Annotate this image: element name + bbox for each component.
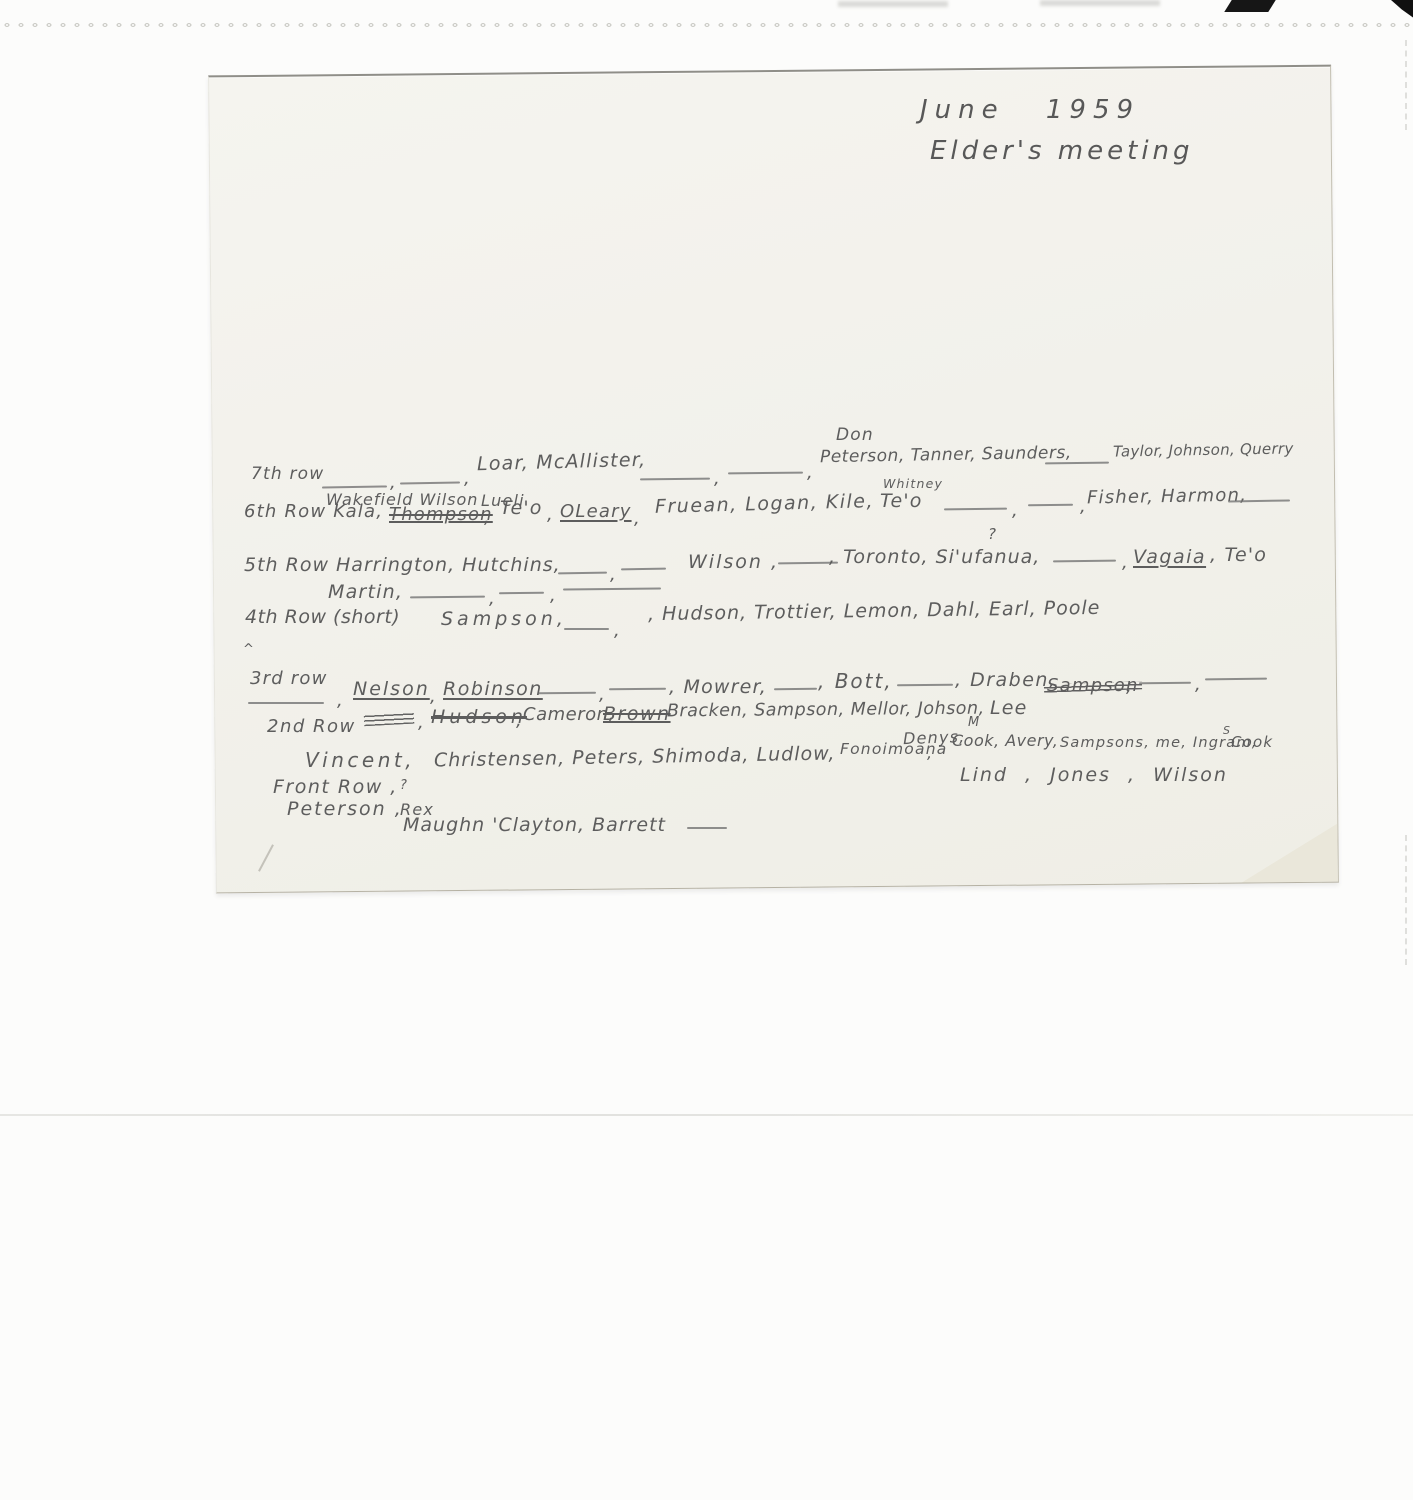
end-dash bbox=[687, 827, 727, 829]
insert-mark-m: M bbox=[968, 716, 980, 729]
comma: , bbox=[610, 566, 617, 584]
row6-struck-thompson: Thompson bbox=[389, 506, 493, 524]
row2-struck-hudson: Hudson bbox=[431, 708, 527, 727]
row6-underlined-oleary: OLeary bbox=[560, 503, 632, 521]
comma: , bbox=[516, 712, 523, 730]
row7-label: 7th row bbox=[251, 466, 324, 483]
row2-struck-brown: Brown bbox=[603, 705, 671, 724]
comma: , bbox=[927, 745, 933, 761]
sleeve-edge-line bbox=[0, 1114, 1413, 1116]
row7-names-c: Taylor, Johnson, Querry bbox=[1113, 441, 1294, 459]
row2-label: 2nd Row bbox=[267, 718, 356, 736]
front-row-peterson: Peterson , bbox=[287, 800, 403, 819]
row5-label: 5th Row Harrington, Hutchins, bbox=[244, 556, 561, 575]
comma: , bbox=[614, 622, 621, 640]
comma: , bbox=[418, 714, 425, 732]
comma: , bbox=[599, 686, 606, 704]
row5-underlined-vagaia: Vagaia bbox=[1133, 548, 1206, 567]
comma: , bbox=[484, 509, 491, 527]
sleeve-stitch-marks bbox=[1405, 40, 1407, 130]
comma: , bbox=[547, 506, 554, 524]
comma: , bbox=[1126, 678, 1133, 696]
row3-underlined-robinson: Robinson bbox=[443, 680, 543, 699]
row3-label: 3rd row bbox=[250, 670, 328, 688]
row6-teo-b: Te'o bbox=[880, 492, 923, 511]
question-mark: ? bbox=[400, 779, 408, 792]
row2-cook: Cook bbox=[1231, 735, 1273, 750]
blank-line bbox=[564, 628, 609, 630]
sleeve-perforation-strip bbox=[0, 15, 1413, 35]
row2-lee: Lee bbox=[990, 699, 1028, 718]
comma: , bbox=[337, 692, 344, 710]
corner-crease bbox=[1241, 824, 1338, 883]
row2-names-d: Sampsons, me, Ingram, bbox=[1060, 736, 1258, 751]
row7-names-a: Loar, McAllister, bbox=[477, 451, 647, 474]
comma: , bbox=[634, 510, 641, 528]
caret-mark: ^ bbox=[243, 643, 255, 656]
row6-names-b: Fisher, Harmon, bbox=[1087, 487, 1247, 508]
row3-draben: , Draben, bbox=[955, 671, 1057, 690]
comma: , bbox=[807, 464, 814, 482]
question-mark: ? bbox=[988, 527, 997, 542]
row2-names-a: Bracken, Sampson, Mellor, Johson, bbox=[667, 701, 985, 721]
comma: , bbox=[1012, 502, 1019, 520]
scanned-page: June 1959 Elder's meeting 7th row , , Wa… bbox=[0, 0, 1413, 1500]
front-row-right-names: Lind , Jones , Wilson bbox=[960, 766, 1228, 785]
scribble-mark bbox=[364, 711, 415, 727]
blank-line bbox=[248, 702, 324, 704]
row5-names-a: , Toronto, Si'ufanua, bbox=[829, 548, 1040, 567]
title-event: Elder's meeting bbox=[930, 138, 1194, 164]
row6-label: 6th Row Kala, bbox=[244, 503, 383, 521]
comma: , bbox=[464, 470, 471, 488]
row6-teo-a: Te'o bbox=[500, 499, 543, 518]
row7-names-b: Peterson, Tanner, Saunders, bbox=[820, 445, 1072, 466]
superscript-s: S bbox=[1223, 725, 1231, 736]
row3-struck-sampson: Sampson bbox=[1047, 675, 1139, 696]
row2-vincent: Vincent, bbox=[305, 750, 415, 770]
row2-cameron: Cameron, bbox=[523, 706, 615, 724]
dark-corner-mark bbox=[1224, 0, 1275, 12]
comma: , bbox=[1195, 676, 1202, 694]
comma: , bbox=[1080, 498, 1087, 516]
comma: , bbox=[550, 587, 557, 605]
row6-above-teo: Whitney bbox=[883, 478, 943, 491]
row5-wilson: Wilson , bbox=[688, 553, 779, 572]
row3-bott: , Bott, bbox=[818, 671, 893, 691]
comma: , bbox=[489, 590, 496, 608]
row3-mowrer: , Mowrer, bbox=[669, 678, 767, 697]
title-date: June 1959 bbox=[920, 97, 1140, 123]
row4-label: 4th Row (short) bbox=[245, 608, 400, 627]
row5-teo: , Te'o bbox=[1210, 546, 1267, 565]
front-row-names: Maughn 'Clayton, Barrett bbox=[403, 816, 666, 835]
front-row-label: Front Row , bbox=[273, 778, 398, 797]
comma: , bbox=[714, 470, 721, 488]
row7-above-peterson: Don bbox=[836, 427, 874, 444]
sleeve-stitch-marks bbox=[1405, 835, 1407, 965]
row3-underlined-nelson: Nelson bbox=[353, 680, 430, 699]
scan-smudge bbox=[1040, 0, 1160, 6]
row5-martin: Martin, bbox=[328, 583, 403, 602]
row2-names-c: Cook, Avery, bbox=[952, 733, 1058, 749]
row4-sampson: Sampson, bbox=[441, 610, 567, 629]
scan-smudge bbox=[838, 1, 948, 7]
comma: , bbox=[430, 688, 437, 706]
comma: , bbox=[1122, 554, 1129, 572]
